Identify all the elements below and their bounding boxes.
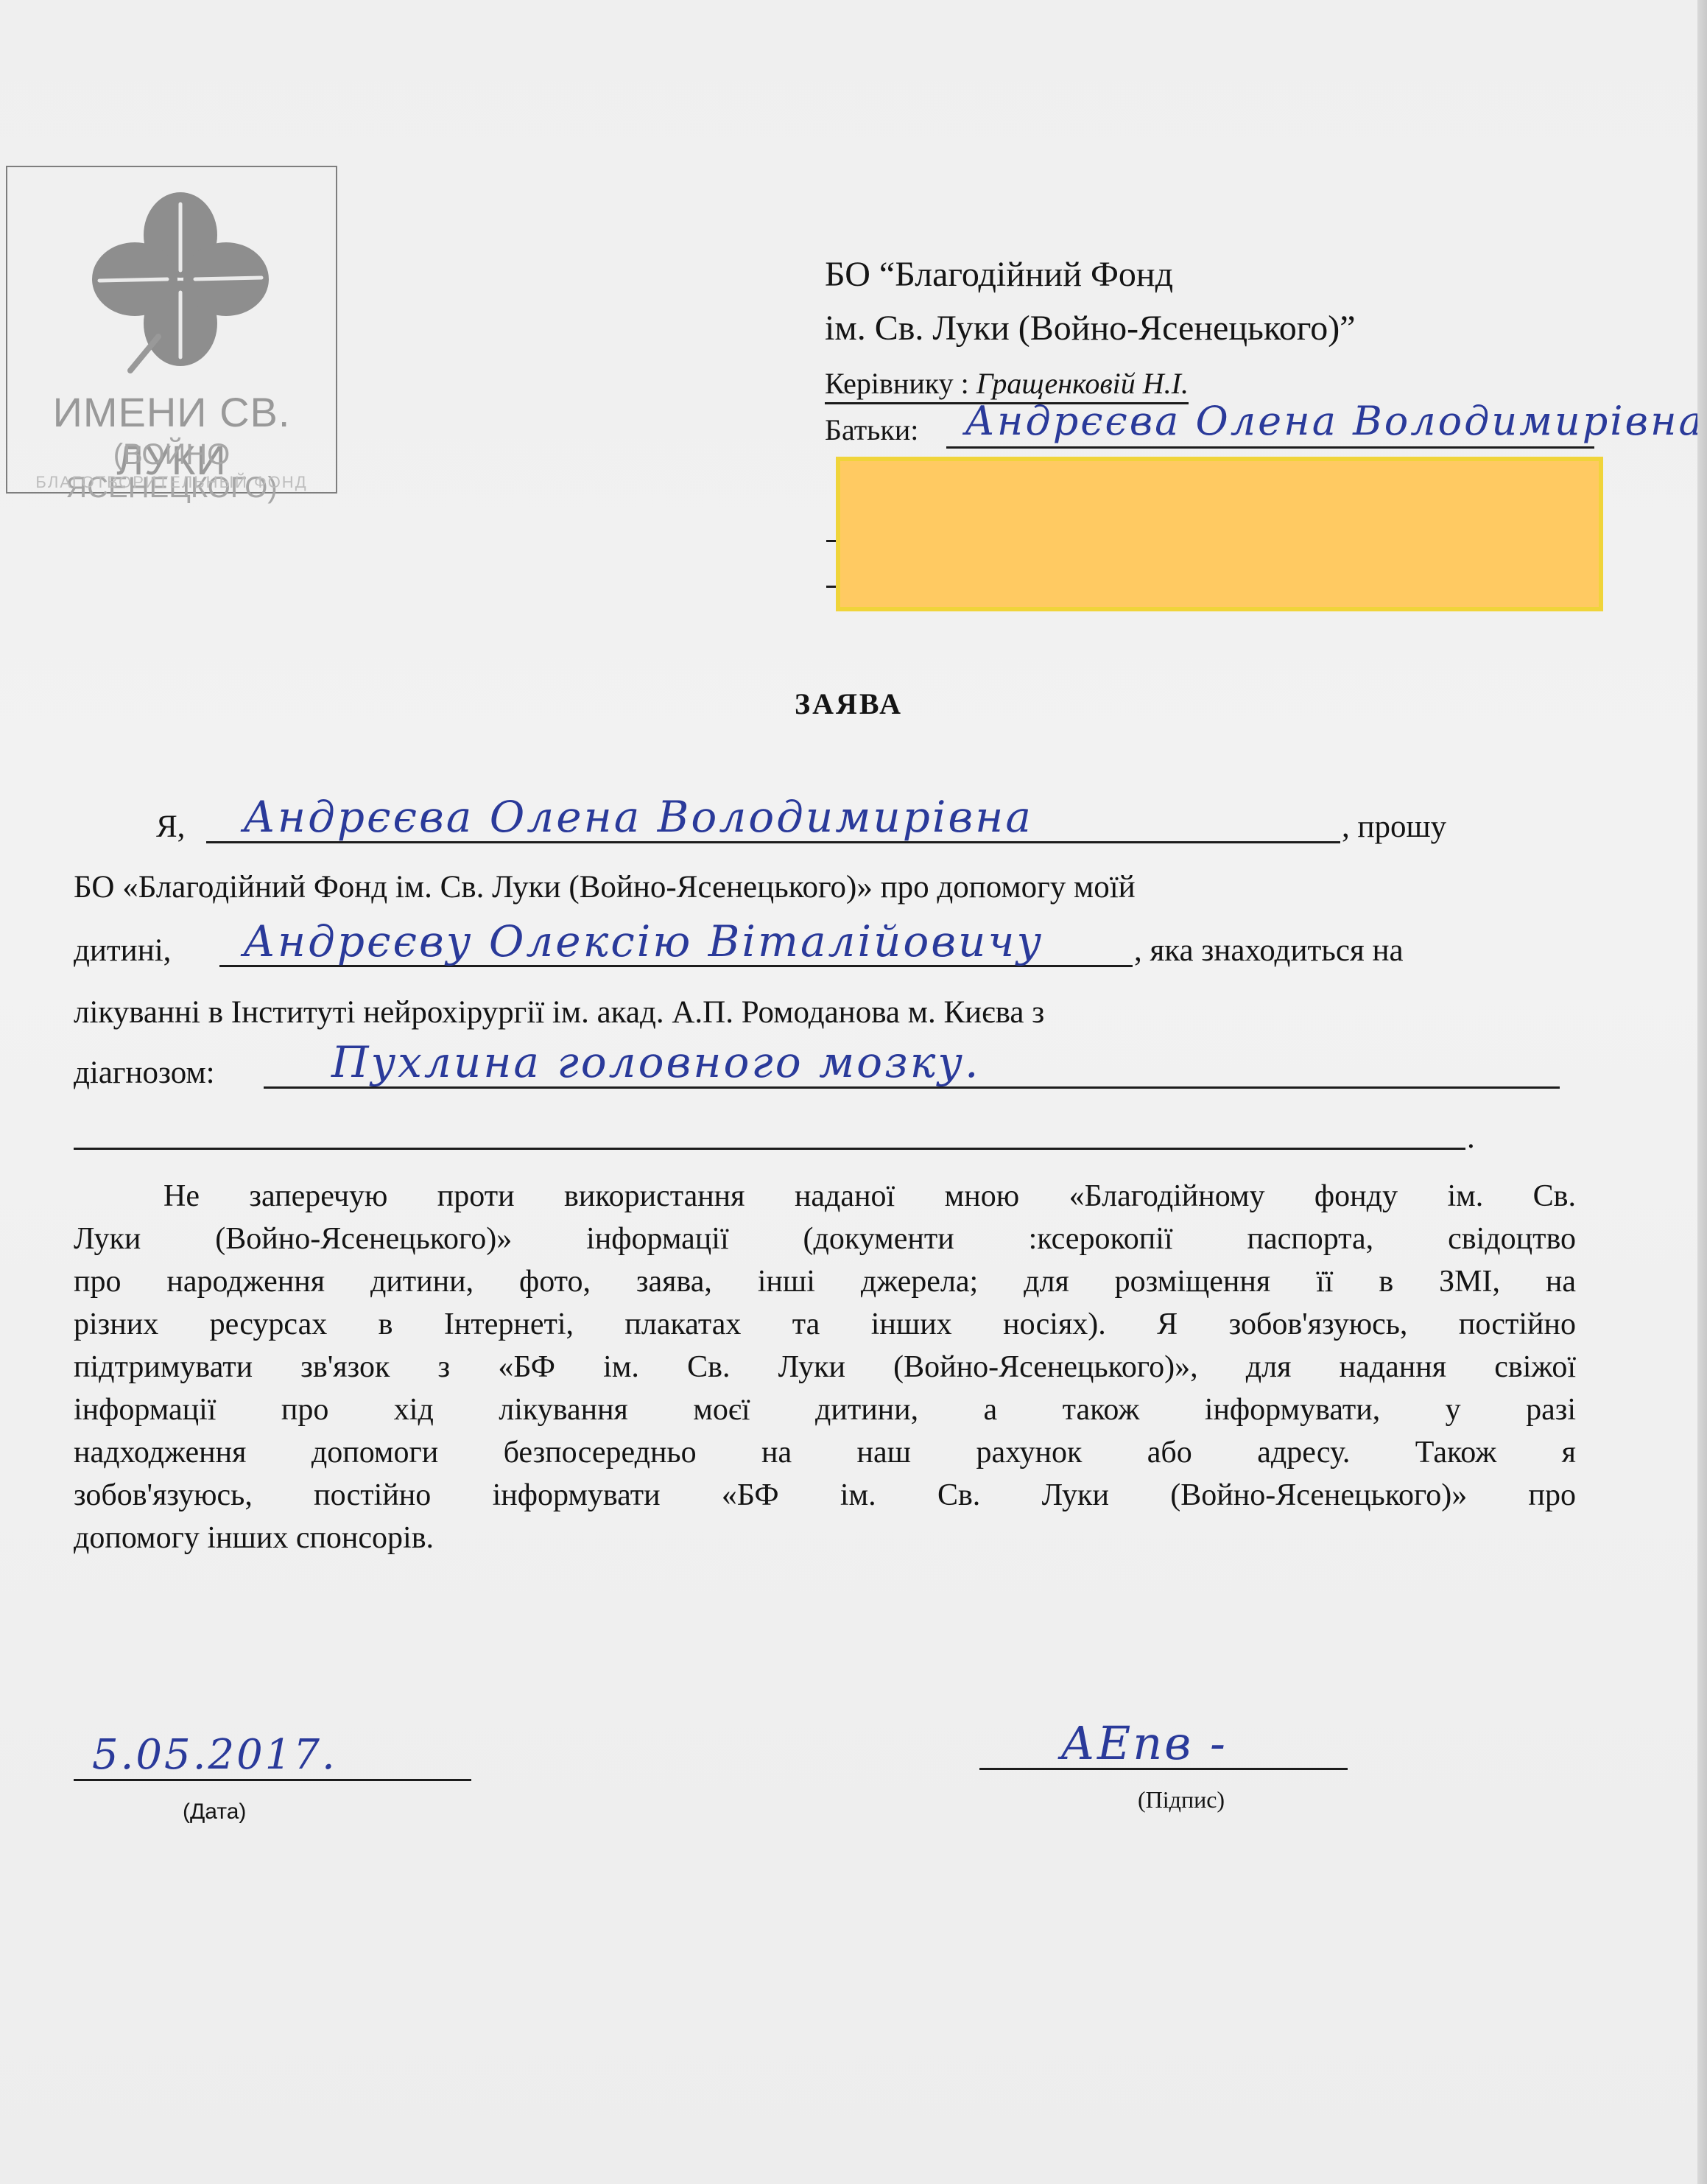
child-label: дитині, [74,933,171,969]
parents-label: Батьки: [825,412,918,447]
paragraph-line: інформації про хід лікування моєї дитини… [74,1392,1576,1428]
paragraph-line: зобов'язуюсь, постійно інформувати «БФ і… [74,1478,1576,1513]
parents-value: Андрєєва Олена Володимирівна [965,398,1705,444]
treatment-line: лікуванні в Інституті нейрохірургії ім. … [74,994,1044,1030]
date-value: 5.05.2017. [92,1731,337,1779]
child-name: Андрєєву Олексію Віталійовичу [243,916,1043,966]
diagnosis-label: діагнозом: [74,1055,215,1091]
date-underline [74,1779,471,1781]
logo-text-line3: БЛАГОТВОРИТЕЛЬНЫЙ ФОНД [7,473,336,492]
document-title: ЗАЯВА [0,687,1697,721]
addressee-org-line1: БО “Благодійний Фонд [825,254,1173,295]
i-label: Я, [156,809,185,845]
org-request-line: БО «Благодійний Фонд ім. Св. Луки (Войно… [74,869,1136,905]
page-edge-shadow [1697,0,1707,2184]
request-suffix: , прошу [1342,809,1446,845]
applicant-name: Андрєєва Олена Володимирівна [243,792,1033,842]
logo-text-line2: (ВОЙНО ЯСЕНЕЦКОГО) [7,438,336,505]
diagnosis-line-end: . [1467,1120,1475,1156]
addressee-org-line2: ім. Св. Луки (Войно-Ясенецького)” [825,308,1356,348]
diagnosis-value: Пухлина головного мозку. [331,1037,980,1087]
head-name: Гращенковій Н.І. [976,367,1189,400]
signature-value: АЕпв - [1060,1716,1228,1770]
paragraph-line: допомогу інших спонсорів. [74,1520,1576,1556]
paragraph-line: Луки (Войно-Ясенецького)» інформації (до… [74,1221,1576,1257]
paragraph-line: підтримувати зв'язок з «БФ ім. Св. Луки … [74,1349,1576,1385]
redacted-address-block [836,457,1603,611]
paragraph-line: надходження допомоги безпосередньо на на… [74,1435,1576,1470]
signature-caption: (Підпис) [1138,1786,1225,1813]
paragraph-line: Не заперечую проти використання наданої … [163,1179,1576,1214]
diagnosis-extra-underline [74,1148,1465,1150]
foundation-logo-stamp: ИМЕНИ СВ. ЛУКИ (ВОЙНО ЯСЕНЕЦКОГО) БЛАГОТ… [6,166,337,494]
parents-underline [946,446,1594,449]
document-page: ИМЕНИ СВ. ЛУКИ (ВОЙНО ЯСЕНЕЦКОГО) БЛАГОТ… [0,0,1697,2184]
paragraph-line: різних ресурсах в Інтернеті, плакатах та… [74,1307,1576,1342]
date-caption: (Дата) [183,1799,246,1825]
child-suffix: , яка знаходиться на [1134,933,1404,969]
head-label: Керівнику : [825,367,969,400]
signature-underline [979,1768,1348,1770]
four-leaf-clover-icon [85,189,276,373]
paragraph-line: про народження дитини, фото, заява, інші… [74,1264,1576,1299]
